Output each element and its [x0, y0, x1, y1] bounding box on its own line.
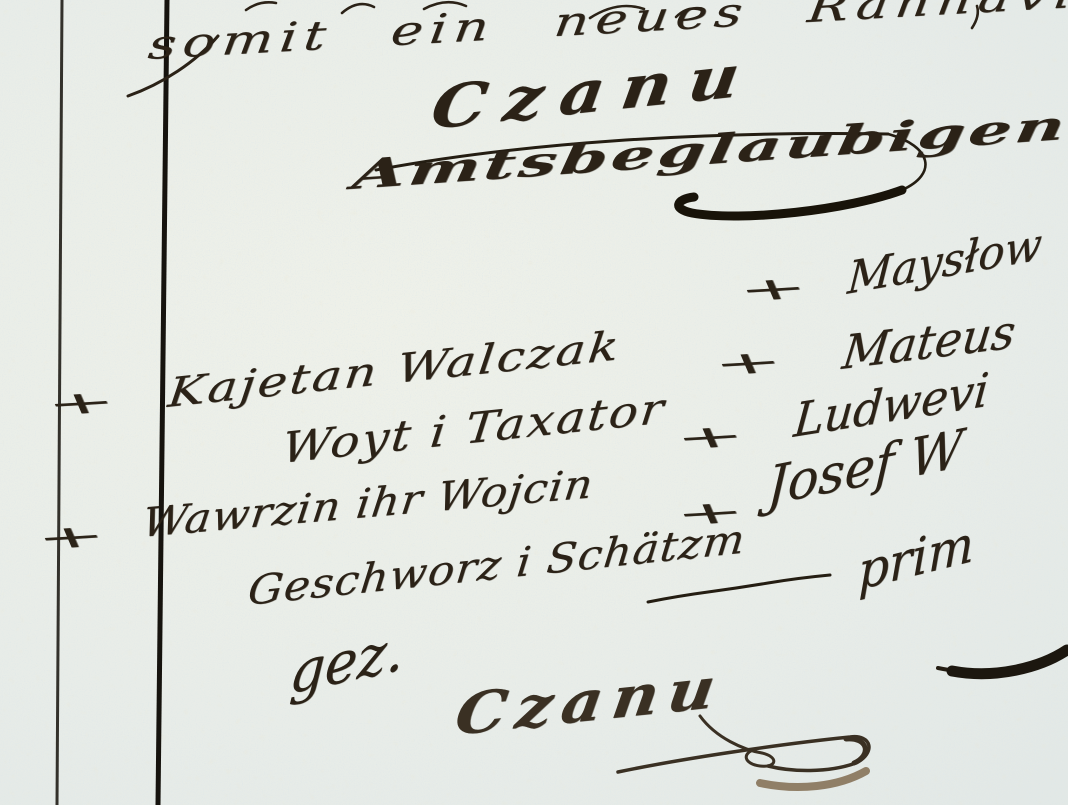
- witness-cross-mark: +: [40, 387, 121, 421]
- document-scan: somit ein neues Rannavignn Czanu Amtsbeg…: [0, 0, 1068, 805]
- witness-cross-mark: +: [669, 421, 750, 455]
- witness-cross-mark: +: [707, 347, 788, 381]
- witness-cross-mark: +: [732, 273, 813, 307]
- witness-cross-mark: +: [30, 521, 111, 555]
